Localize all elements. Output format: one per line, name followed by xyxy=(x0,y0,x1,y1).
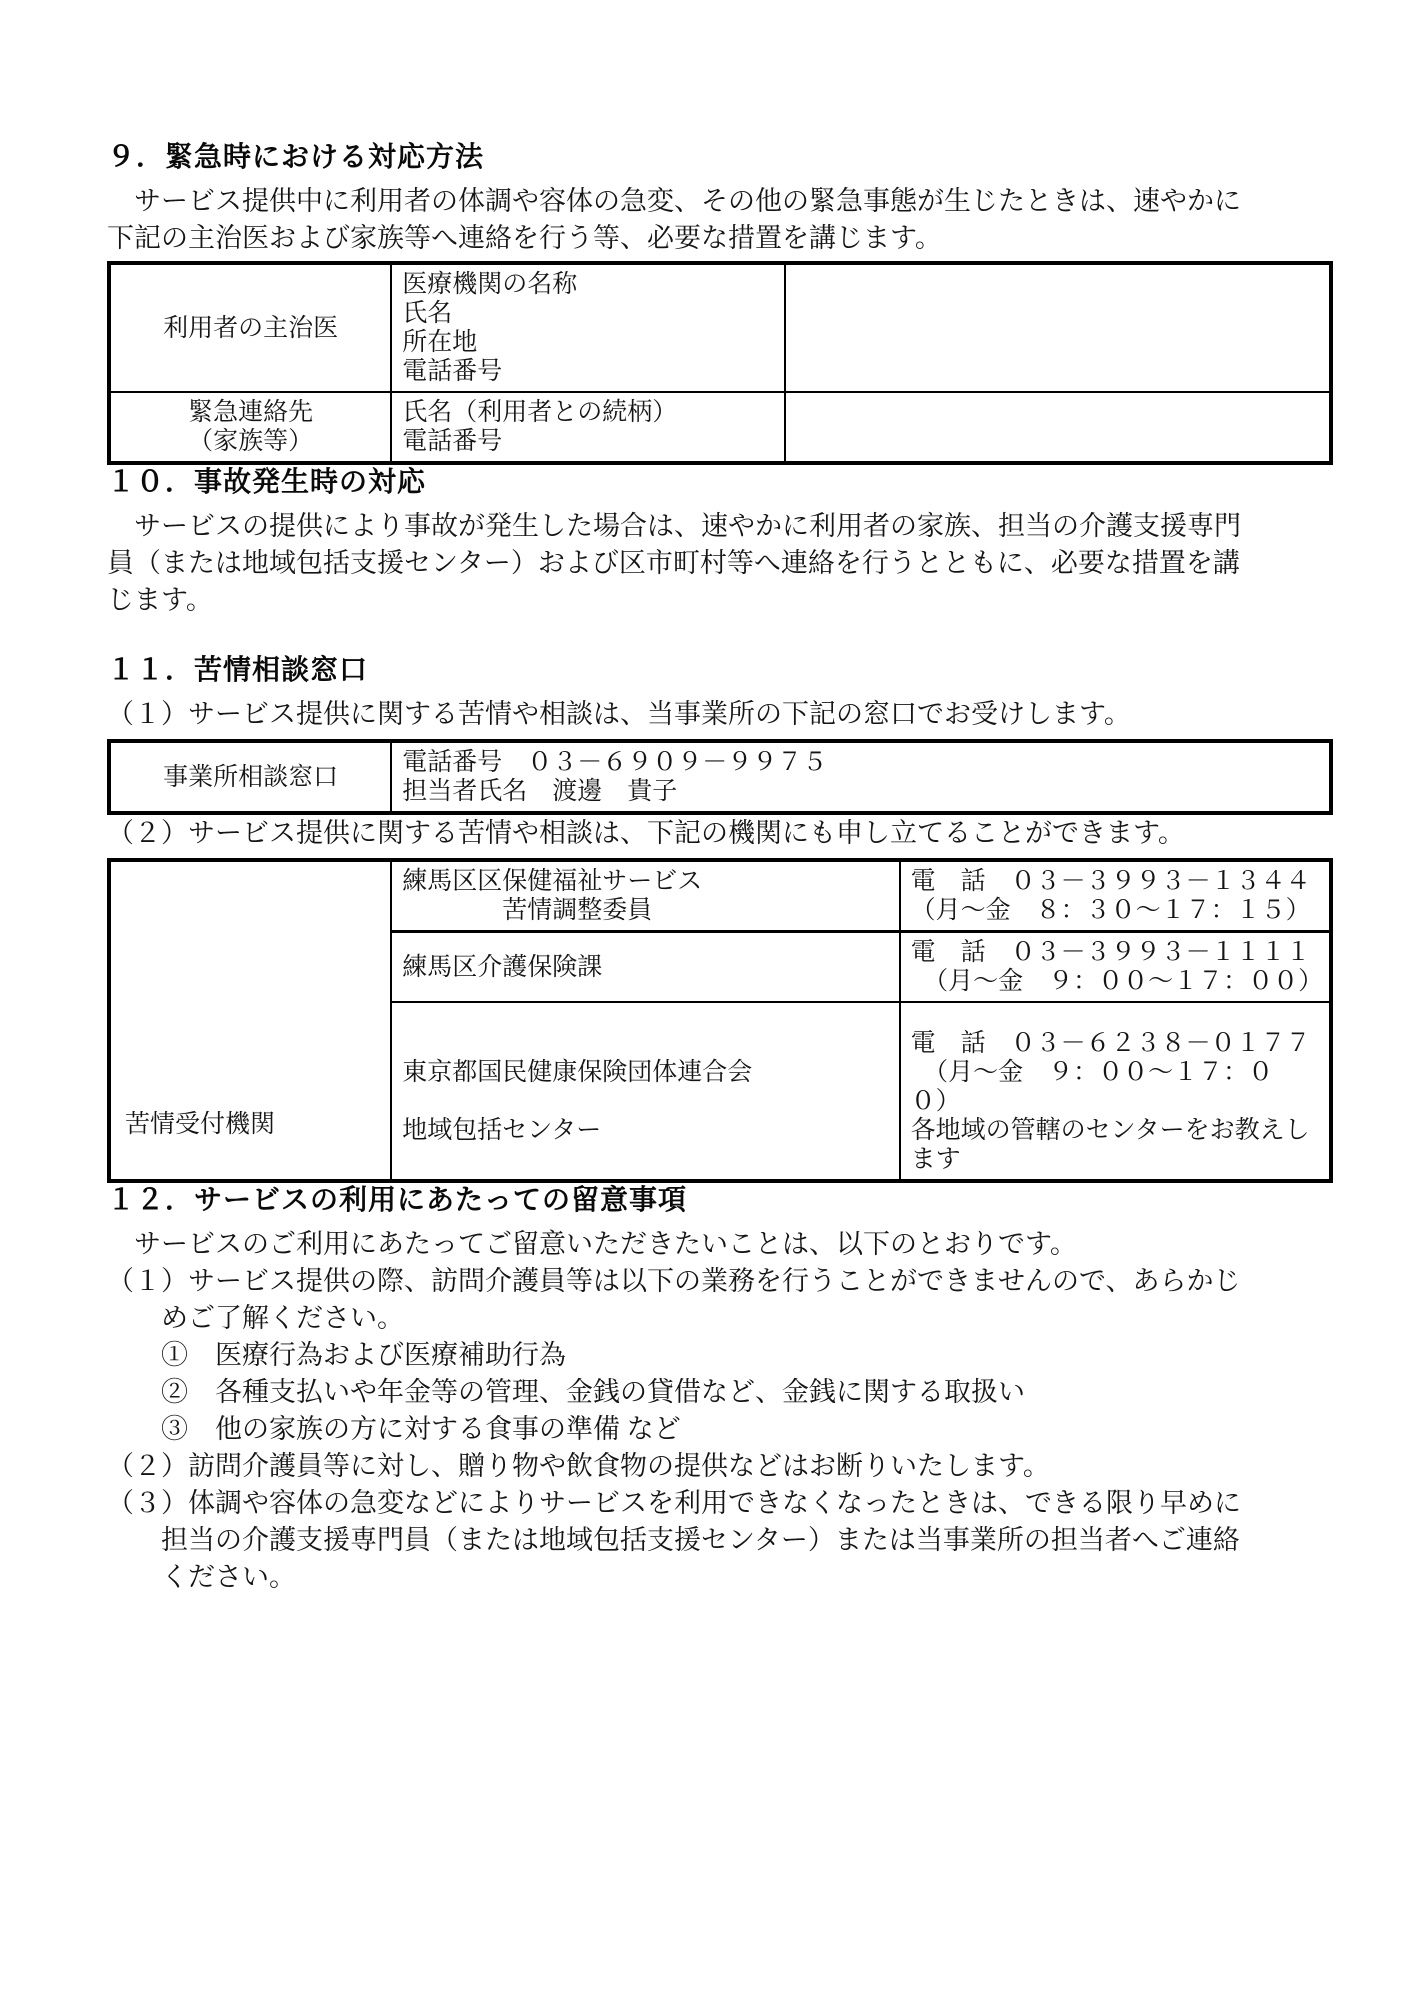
emergency-contact-field-labels: 氏名（利用者との続柄） 電話番号 xyxy=(391,392,784,463)
section-12-heading: １２．サービスの利用にあたっての留意事項 xyxy=(107,1183,1333,1217)
org-contact-nerima-chousei: 電 話 ０３－３９９３－１３４４ （月～金 ８：３０～１７：１５） xyxy=(900,860,1331,932)
complaint-organizations-table: 苦情受付機関 練馬区区保健福祉サービス 苦情調整委員 電 話 ０３－３９９３－１… xyxy=(107,858,1333,1183)
office-contact-details: 電話番号 ０３－６９０９－９９７５ 担当者氏名 渡邊 貴子 xyxy=(391,741,1331,813)
section-12-item-3: （３）体調や容体の急変などによりサービスを利用できなくなったときは、できる限り早… xyxy=(107,1485,1333,1596)
section-12-item-2: （２）訪問介護員等に対し、贈り物や飲食物の提供などはお断りいたします。 xyxy=(107,1448,1333,1485)
section-9-body: サービス提供中に利用者の体調や容体の急変、その他の緊急事態が生じたときは、速やか… xyxy=(107,183,1333,257)
org-contact-tokyo-kokuho: 電 話 ０３－６２３８－０１７７ （月～金 ９：００～１７：００） 各地域の管轄… xyxy=(900,1002,1331,1181)
section-11-item-2: （２）サービス提供に関する苦情や相談は、下記の機関にも申し立てることができます。 xyxy=(107,815,1333,852)
org-name-nerima-chousei: 練馬区区保健福祉サービス 苦情調整委員 xyxy=(391,860,899,932)
table-row: 苦情受付機関 練馬区区保健福祉サービス 苦情調整委員 電 話 ０３－３９９３－１… xyxy=(109,860,1331,932)
org-name-tokyo-kokuho: 東京都国民健康保険団体連合会 地域包括センター xyxy=(391,1002,899,1181)
section-12-usage-notes: １２．サービスの利用にあたっての留意事項 サービスのご利用にあたってご留意いただ… xyxy=(107,1183,1333,1596)
emergency-contact-value-cell xyxy=(785,392,1331,463)
section-10-heading: １０．事故発生時の対応 xyxy=(107,465,1333,499)
emergency-contacts-table: 利用者の主治医 医療機関の名称 氏名 所在地 電話番号 緊急連絡先 （家族等） … xyxy=(107,261,1333,465)
table-row: 利用者の主治医 医療機関の名称 氏名 所在地 電話番号 xyxy=(109,263,1331,392)
section-10-accident-response: １０．事故発生時の対応 サービスの提供により事故が発生した場合は、速やかに利用者… xyxy=(107,465,1333,619)
office-contact-table: 事業所相談窓口 電話番号 ０３－６９０９－９９７５ 担当者氏名 渡邊 貴子 xyxy=(107,739,1333,815)
section-11-item-1: （１）サービス提供に関する苦情や相談は、当事業所の下記の窓口でお受けします。 xyxy=(107,696,1333,733)
section-11-heading: １１．苦情相談窓口 xyxy=(107,653,1333,687)
section-9-emergency-response: ９．緊急時における対応方法 サービス提供中に利用者の体調や容体の急変、その他の緊… xyxy=(107,140,1333,465)
table-row: 事業所相談窓口 電話番号 ０３－６９０９－９９７５ 担当者氏名 渡邊 貴子 xyxy=(109,741,1331,813)
office-contact-header: 事業所相談窓口 xyxy=(109,741,391,813)
row-header-emergency-contact: 緊急連絡先 （家族等） xyxy=(109,392,391,463)
section-11-complaints: １１．苦情相談窓口 （１）サービス提供に関する苦情や相談は、当事業所の下記の窓口… xyxy=(107,653,1333,1183)
complaint-orgs-row-header: 苦情受付機関 xyxy=(109,860,391,1181)
table-row: 緊急連絡先 （家族等） 氏名（利用者との続柄） 電話番号 xyxy=(109,392,1331,463)
section-10-body: サービスの提供により事故が発生した場合は、速やかに利用者の家族、担当の介護支援専… xyxy=(107,508,1333,619)
primary-doctor-field-labels: 医療機関の名称 氏名 所在地 電話番号 xyxy=(391,263,784,392)
section-12-intro: サービスのご利用にあたってご留意いただきたいことは、以下のとおりです。 xyxy=(107,1226,1333,1263)
section-12-sub-items: ① 医療行為および医療補助行為 ② 各種支払いや年金等の管理、金銭の貸借など、金… xyxy=(107,1337,1333,1448)
row-header-primary-doctor: 利用者の主治医 xyxy=(109,263,391,392)
org-name-nerima-kaigo: 練馬区介護保険課 xyxy=(391,932,899,1003)
section-9-heading: ９．緊急時における対応方法 xyxy=(107,140,1333,174)
org-contact-nerima-kaigo: 電 話 ０３－３９９３－１１１１ （月～金 ９：００～１７：００） xyxy=(900,932,1331,1003)
document-page: ９．緊急時における対応方法 サービス提供中に利用者の体調や容体の急変、その他の緊… xyxy=(0,0,1414,2000)
page-content: ９．緊急時における対応方法 サービス提供中に利用者の体調や容体の急変、その他の緊… xyxy=(107,140,1333,1596)
primary-doctor-value-cell xyxy=(785,263,1331,392)
section-12-item-1: （１）サービス提供の際、訪問介護員等は以下の業務を行うことができませんので、あら… xyxy=(107,1263,1333,1337)
